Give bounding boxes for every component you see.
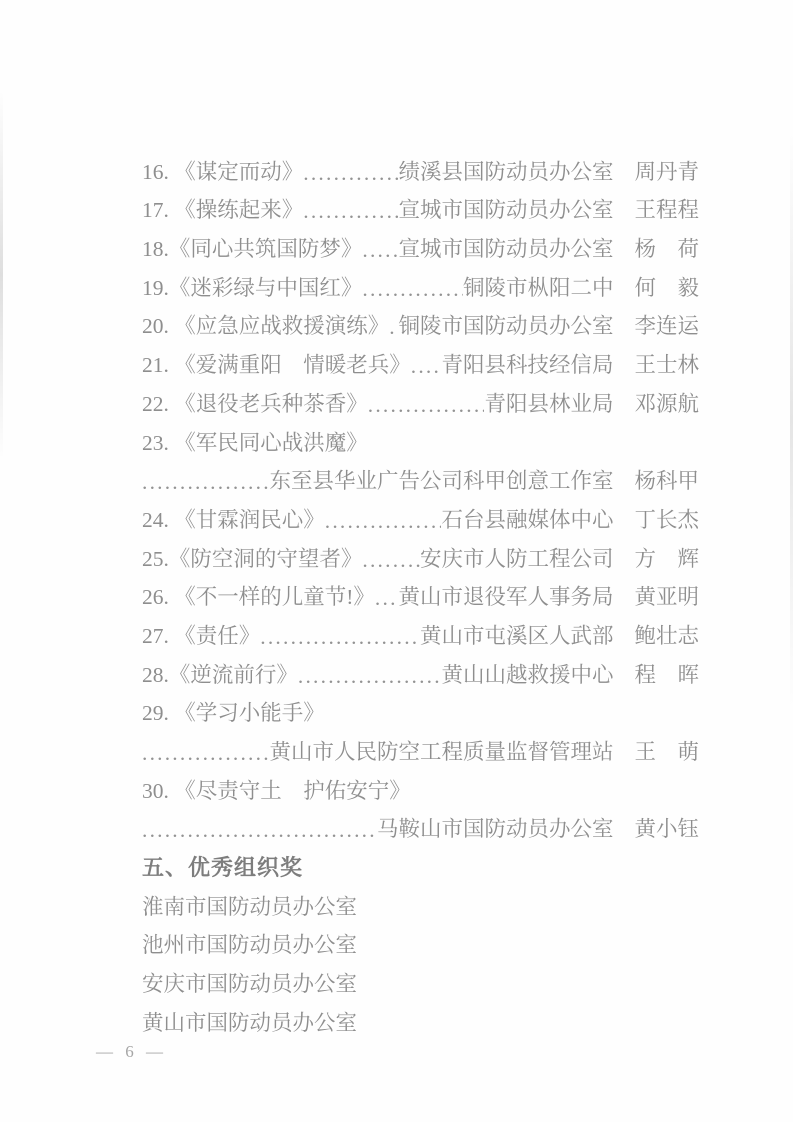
entry-title: 《应急应战救援演练》 — [174, 314, 389, 338]
dot-leader — [303, 161, 398, 186]
organization-award-text: 安庆市国防动员办公室 — [142, 967, 357, 998]
dot-leader — [362, 548, 420, 573]
award-entry-continuation-row: 黄山市人民防空工程质量监督管理站王 萌 — [142, 727, 699, 766]
entry-winner-name: 鲍壮志 — [634, 619, 699, 650]
entry-label: 28.《逆流前行》 — [142, 658, 298, 689]
entry-number: 20. — [142, 314, 174, 338]
entry-winner-name: 黄亚明 — [634, 580, 699, 611]
entry-title: 《爱满重阳 情暖老兵》 — [174, 353, 411, 377]
entry-organization: 宣城市国防动员办公室 — [398, 193, 613, 224]
entry-organization: 马鞍山市国防动员办公室 — [377, 812, 614, 843]
section-heading: 五、优秀组织奖 — [142, 843, 699, 882]
entry-label: 20. 《应急应战救援演练》 — [142, 309, 389, 340]
entry-organization: 铜陵市枞阳二中 — [463, 271, 614, 302]
entry-number: 18. — [142, 237, 169, 261]
document-page: 16. 《谋定而动》绩溪县国防动员办公室周丹青 17. 《操练起来》宣城市国防动… — [0, 0, 793, 1122]
entry-label: 21. 《爱满重阳 情暖老兵》 — [142, 348, 411, 379]
entry-organization: 黄山市人民防空工程质量监督管理站 — [269, 735, 613, 766]
dot-leader — [142, 470, 269, 495]
entry-organization: 青阳县科技经信局 — [441, 348, 613, 379]
award-entry-row: 19.《迷彩绿与中国红》铜陵市枞阳二中何 毅 — [142, 263, 699, 302]
organization-award-item: 安庆市国防动员办公室 — [142, 959, 699, 998]
dot-leader — [411, 354, 442, 379]
entry-number: 22. — [142, 392, 174, 416]
entry-number: 27. — [142, 624, 174, 648]
award-entry-row: 23. 《军民同心战洪魔》 — [142, 418, 699, 457]
entry-winner-name: 丁长杰 — [634, 503, 699, 534]
entry-organization: 石台县融媒体中心 — [441, 503, 613, 534]
entry-winner-name: 李连运 — [634, 309, 699, 340]
entry-organization: 安庆市人防工程公司 — [420, 542, 614, 573]
organization-award-text: 黄山市国防动员办公室 — [142, 1006, 357, 1037]
entry-label: 29. 《学习小能手》 — [142, 696, 325, 727]
entry-label: 19.《迷彩绿与中国红》 — [142, 271, 362, 302]
award-entry-row: 27. 《责任》黄山市屯溪区人武部鲍壮志 — [142, 611, 699, 650]
entry-winner-name: 杨科甲 — [634, 464, 699, 495]
award-entry-row: 26. 《不一样的儿童节!》黄山市退役军人事务局黄亚明 — [142, 573, 699, 612]
award-entry-row: 25.《防空洞的守望者》安庆市人防工程公司方 辉 — [142, 534, 699, 573]
entry-title: 《尽责守土 护佑安宁》 — [174, 779, 411, 803]
dot-leader — [375, 586, 399, 611]
entry-winner-name: 周丹青 — [634, 155, 699, 186]
entry-number: 21. — [142, 353, 174, 377]
entry-title: 《责任》 — [174, 624, 260, 648]
dot-leader — [362, 277, 463, 302]
entry-title: 《谋定而动》 — [174, 160, 303, 184]
dot-leader — [325, 509, 442, 534]
entry-winner-name: 何 毅 — [634, 271, 699, 302]
organization-award-text: 淮南市国防动员办公室 — [142, 890, 357, 921]
entry-title: 《操练起来》 — [174, 198, 303, 222]
entry-winner-name: 杨 荷 — [634, 232, 699, 263]
award-entry-continuation-row: 东至县华业广告公司科甲创意工作室杨科甲 — [142, 457, 699, 496]
award-entry-row: 21. 《爱满重阳 情暖老兵》青阳县科技经信局王士林 — [142, 340, 699, 379]
entry-number: 25. — [142, 547, 169, 571]
entry-organization: 铜陵市国防动员办公室 — [398, 309, 613, 340]
award-entry-row: 20. 《应急应战救援演练》铜陵市国防动员办公室李连运 — [142, 302, 699, 341]
entry-number: 30. — [142, 779, 174, 803]
dot-leader — [298, 664, 442, 689]
entry-title: 《防空洞的守望者》 — [169, 547, 363, 571]
entry-label: 30. 《尽责守土 护佑安宁》 — [142, 774, 411, 805]
dot-leader — [303, 199, 398, 224]
entry-label: 26. 《不一样的儿童节!》 — [142, 580, 375, 611]
dot-leader — [362, 238, 398, 263]
entry-organization: 黄山市屯溪区人武部 — [420, 619, 614, 650]
scan-edge-left — [0, 90, 3, 460]
entry-title: 《逆流前行》 — [169, 663, 298, 687]
entry-winner-name: 方 辉 — [634, 542, 699, 573]
organization-award-item: 淮南市国防动员办公室 — [142, 882, 699, 921]
entry-label: 27. 《责任》 — [142, 619, 260, 650]
entry-organization: 东至县华业广告公司科甲创意工作室 — [269, 464, 613, 495]
entry-number: 19. — [142, 276, 169, 300]
organization-award-text: 池州市国防动员办公室 — [142, 928, 357, 959]
entry-winner-name: 黄小钰 — [634, 812, 699, 843]
entry-label: 22. 《退役老兵种茶香》 — [142, 387, 368, 418]
entry-title: 《迷彩绿与中国红》 — [169, 276, 363, 300]
entry-organization: 青阳县林业局 — [484, 387, 613, 418]
award-entry-row: 22. 《退役老兵种茶香》青阳县林业局邓源航 — [142, 379, 699, 418]
award-entry-row: 29. 《学习小能手》 — [142, 689, 699, 728]
entry-number: 16. — [142, 160, 174, 184]
award-list-section: 16. 《谋定而动》绩溪县国防动员办公室周丹青 17. 《操练起来》宣城市国防动… — [142, 147, 699, 1037]
entry-title: 《退役老兵种茶香》 — [174, 392, 368, 416]
award-entry-row: 16. 《谋定而动》绩溪县国防动员办公室周丹青 — [142, 147, 699, 186]
award-entry-row: 18.《同心共筑国防梦》宣城市国防动员办公室杨 荷 — [142, 224, 699, 263]
dot-leader — [389, 315, 398, 340]
entry-organization: 黄山市退役军人事务局 — [398, 580, 613, 611]
dot-leader — [260, 625, 420, 650]
entry-number: 29. — [142, 701, 174, 725]
entry-organization: 黄山山越救援中心 — [441, 658, 613, 689]
entry-label: 24. 《甘霖润民心》 — [142, 503, 325, 534]
entry-winner-name: 程 晖 — [634, 658, 699, 689]
entry-organization: 绩溪县国防动员办公室 — [398, 155, 613, 186]
entry-winner-name: 王 萌 — [634, 735, 699, 766]
entry-organization: 宣城市国防动员办公室 — [398, 232, 613, 263]
entry-winner-name: 邓源航 — [634, 387, 699, 418]
entry-number: 17. — [142, 198, 174, 222]
organization-award-item: 池州市国防动员办公室 — [142, 921, 699, 960]
entry-label: 16. 《谋定而动》 — [142, 155, 303, 186]
entry-title: 《军民同心战洪魔》 — [174, 431, 368, 455]
entry-label: 17. 《操练起来》 — [142, 193, 303, 224]
entry-title: 《甘霖润民心》 — [174, 508, 325, 532]
award-entry-row: 24. 《甘霖润民心》石台县融媒体中心丁长杰 — [142, 495, 699, 534]
entry-number: 26. — [142, 585, 174, 609]
award-entry-continuation-row: 马鞍山市国防动员办公室黄小钰 — [142, 805, 699, 844]
entry-title: 《学习小能手》 — [174, 701, 325, 725]
entry-label: 23. 《军民同心战洪魔》 — [142, 426, 368, 457]
entry-label: 18.《同心共筑国防梦》 — [142, 232, 362, 263]
dot-leader — [368, 393, 485, 418]
page-number: — 6 — — [96, 1042, 167, 1062]
award-entry-row: 17. 《操练起来》宣城市国防动员办公室王程程 — [142, 186, 699, 225]
entry-number: 28. — [142, 663, 169, 687]
dot-leader — [142, 741, 269, 766]
entry-winner-name: 王程程 — [634, 193, 699, 224]
entry-number: 23. — [142, 431, 174, 455]
entry-winner-name: 王士林 — [634, 348, 699, 379]
entry-number: 24. — [142, 508, 174, 532]
organization-award-item: 黄山市国防动员办公室 — [142, 998, 699, 1037]
dot-leader — [142, 818, 377, 843]
award-entry-row: 28.《逆流前行》黄山山越救援中心程 晖 — [142, 650, 699, 689]
entry-title: 《同心共筑国防梦》 — [169, 237, 363, 261]
award-entry-row: 30. 《尽责守土 护佑安宁》 — [142, 766, 699, 805]
section-heading-text: 五、优秀组织奖 — [142, 851, 303, 882]
entry-title: 《不一样的儿童节!》 — [174, 585, 375, 609]
entry-label: 25.《防空洞的守望者》 — [142, 542, 362, 573]
